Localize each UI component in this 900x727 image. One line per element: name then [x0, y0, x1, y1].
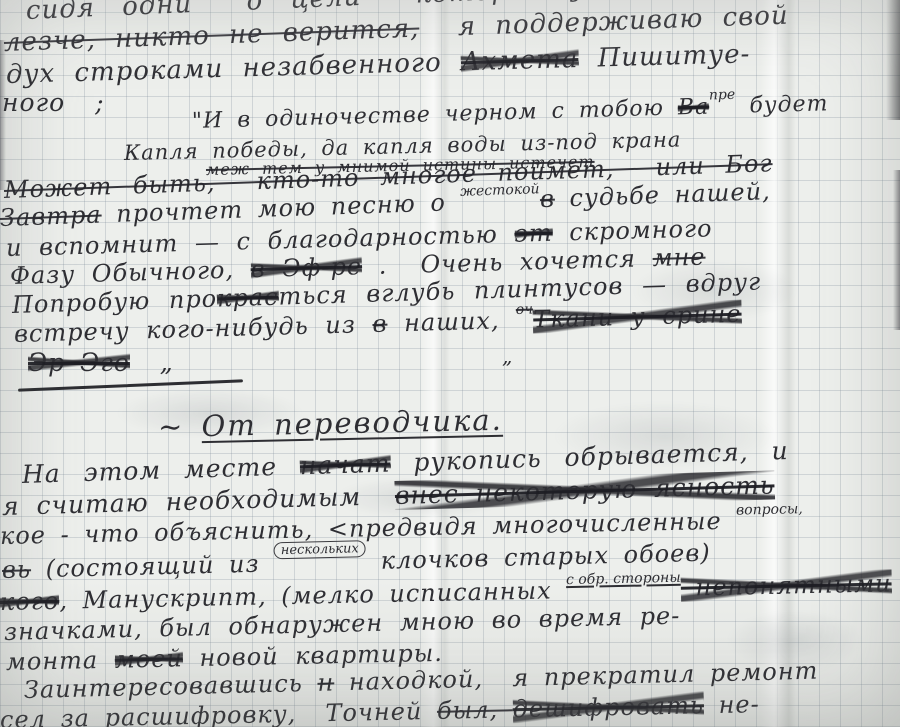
struck-handwriting: н — [317, 668, 334, 696]
struck-handwriting: мне — [652, 243, 706, 272]
struck-handwriting: моей — [115, 644, 184, 673]
struck-handwriting: Ткани у срине — [533, 300, 742, 334]
handwriting-text: Заинтересовавшись — [24, 669, 318, 704]
struck-handwriting: вь — [2, 555, 32, 584]
handwriting-text: вопросы, — [736, 501, 803, 518]
handwriting-text: ~ — [158, 409, 202, 444]
section-heading: ~ От переводчика. — [158, 405, 503, 443]
pen-stroke — [18, 379, 243, 391]
manuscript-line: ного ; — [2, 90, 105, 116]
scribble-line: Эр Эго „ — [28, 350, 174, 376]
closing-quote-mark: „ — [502, 346, 513, 367]
struck-handwriting: оч — [516, 302, 534, 318]
handwriting-text: „ — [502, 344, 513, 368]
handwriting-text: жестокой — [460, 181, 540, 200]
scan-edge-shadow — [893, 170, 900, 330]
struck-handwriting: кого — [0, 587, 60, 616]
struck-handwriting: был, — [437, 695, 513, 725]
struck-handwriting: Ва — [678, 95, 710, 121]
handwriting-text: От переводчика. — [201, 403, 503, 443]
handwriting-text: На этом месте — [22, 451, 301, 489]
struck-handwriting: Завтра — [0, 200, 102, 232]
handwriting-text: не- — [704, 690, 760, 719]
struck-handwriting: в — [539, 185, 555, 214]
handwriting-text: скромного — [552, 214, 713, 246]
handwriting-text: нескольких — [274, 540, 366, 559]
scan-edge-shadow — [886, 0, 900, 120]
struck-handwriting: Эр Эго — [28, 348, 130, 377]
struck-handwriting: дешифровать — [512, 691, 704, 723]
struck-handwriting: крас — [217, 283, 279, 313]
struck-handwriting: в Эф-ре — [250, 252, 362, 283]
struck-handwriting: внес некоторую ясность — [395, 470, 775, 510]
struck-handwriting: Ахмета — [461, 44, 579, 77]
handwriting-text: Пишитуе- — [578, 39, 751, 74]
handwriting-text: „ — [130, 348, 174, 377]
handwriting-text: монта — [6, 646, 115, 676]
handwriting-text: "И в одиночестве черном с тобою — [192, 95, 679, 134]
manuscript-page: сидя одни о цели которой учили и др., но… — [0, 0, 900, 727]
struck-handwriting: начат — [299, 448, 390, 480]
struck-handwriting: эт — [514, 219, 553, 248]
handwriting-text: (состоящий из — [31, 549, 275, 583]
handwriting-text: пре — [709, 87, 736, 104]
poem-line: "И в одиночестве черном с тобою Вапре бу… — [192, 92, 829, 133]
handwriting-text: наших, — [387, 306, 516, 338]
struck-handwriting: непонятными — [681, 569, 892, 601]
struck-handwriting: в — [372, 310, 388, 338]
handwriting-text: с обр. стороны — [566, 570, 681, 588]
handwriting-text: Попробую про — [12, 285, 218, 319]
handwriting-text: ного ; — [2, 88, 105, 117]
handwriting-text: будет — [735, 91, 829, 119]
